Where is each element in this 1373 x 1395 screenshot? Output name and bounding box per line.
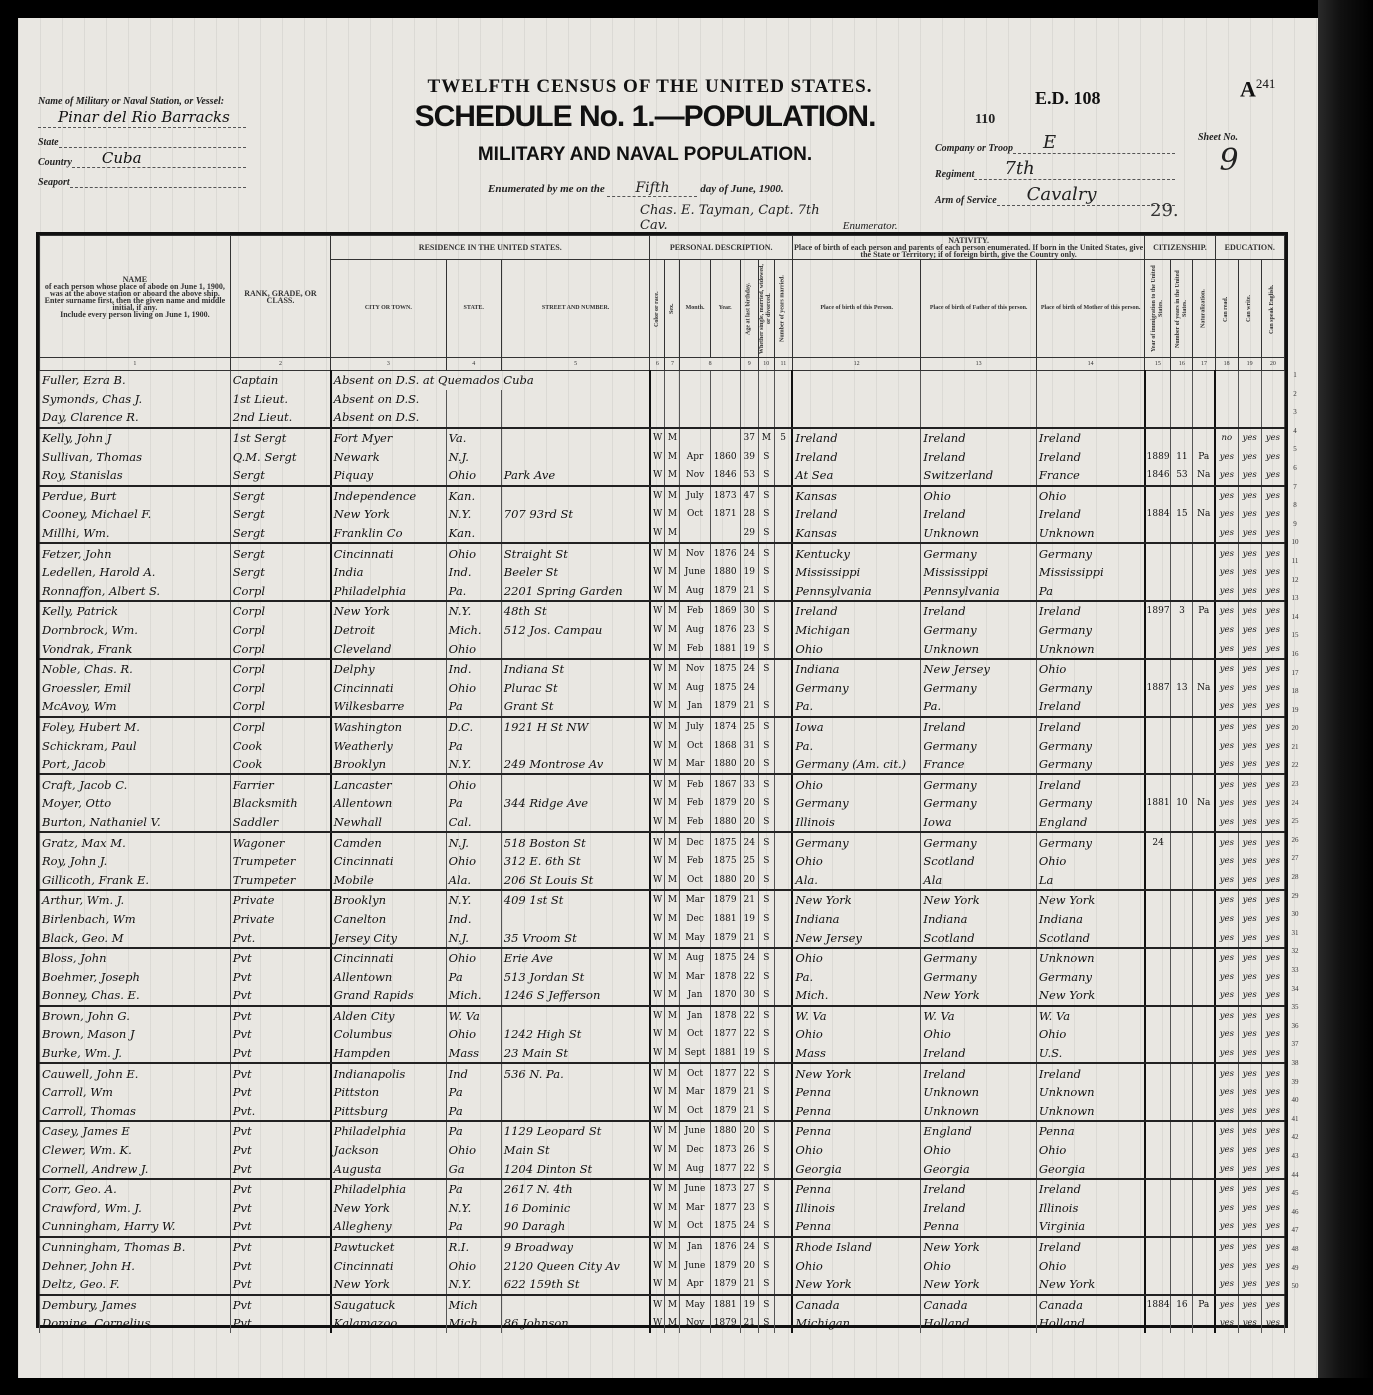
- rank-cell: Pvt.: [230, 1102, 330, 1122]
- age-cell: 21: [740, 1275, 758, 1295]
- age-cell: 20: [740, 870, 758, 890]
- street-cell: 86 Johnson: [501, 1314, 650, 1333]
- years-married-cell: [774, 679, 792, 698]
- state-cell: Ohio: [446, 543, 501, 563]
- birth-month-cell: Mar: [680, 1083, 710, 1102]
- birth-year-cell: 1875: [710, 948, 740, 968]
- color-cell: W: [650, 755, 665, 775]
- naturalization-cell: [1193, 774, 1215, 794]
- table-row: Sullivan, ThomasQ.M. SergtNewarkN.J.WMAp…: [40, 447, 1285, 466]
- can-write-cell: yes: [1238, 1044, 1261, 1064]
- birthplace-father-cell: Holland: [921, 1314, 1036, 1333]
- years-in-us-cell: [1171, 1102, 1193, 1122]
- table-row: Port, JacobCookBrooklynN.Y.249 Montrose …: [40, 755, 1285, 775]
- years-married-cell: [774, 967, 792, 986]
- years-in-us-cell: 11: [1171, 447, 1193, 466]
- can-speak-english-cell: yes: [1261, 1179, 1284, 1199]
- rank-cell: Trumpeter: [230, 870, 330, 890]
- sex-cell: M: [665, 967, 680, 986]
- state-value: [59, 147, 246, 148]
- header-year: Year.: [710, 260, 740, 358]
- country-value: Cuba: [72, 149, 246, 168]
- birth-year-cell: 1875: [710, 852, 740, 871]
- line-number: 38: [1288, 1054, 1302, 1073]
- street-cell: 344 Ridge Ave: [501, 794, 650, 813]
- state-cell: N.J.: [446, 447, 501, 466]
- immigration-year-cell: [1145, 1314, 1171, 1333]
- table-row: Dornbrock, Wm.CorplDetroitMich.512 Jos. …: [40, 621, 1285, 640]
- state-cell: Mass: [446, 1044, 501, 1064]
- birthplace-person-cell: Germany: [792, 679, 921, 698]
- color-cell: W: [650, 1083, 665, 1102]
- state-cell: Kan.: [446, 524, 501, 544]
- name-cell: Crawford, Wm. J.: [40, 1199, 231, 1218]
- sex-cell: M: [665, 601, 680, 621]
- birth-month-cell: Mar: [680, 890, 710, 910]
- can-write-cell: yes: [1238, 813, 1261, 833]
- street-cell: [501, 486, 650, 506]
- birthplace-father-cell: Ohio: [921, 486, 1036, 506]
- state-cell: [446, 408, 501, 428]
- city-cell: Brooklyn: [331, 755, 446, 775]
- state-cell: Ind.: [446, 659, 501, 679]
- naturalization-cell: [1193, 390, 1215, 409]
- birthplace-father-cell: [921, 408, 1036, 428]
- years-married-cell: [774, 813, 792, 833]
- name-cell: Casey, James E: [40, 1121, 231, 1141]
- birthplace-mother-cell: Ireland: [1036, 697, 1144, 717]
- ed-number: E.D. 108: [1035, 88, 1101, 109]
- street-cell: [501, 736, 650, 755]
- state-cell: [446, 390, 501, 409]
- immigration-year-cell: [1145, 524, 1171, 544]
- birth-month-cell: [680, 390, 710, 409]
- line-number: 15: [1288, 626, 1302, 645]
- immigration-year-cell: [1145, 659, 1171, 679]
- birthplace-person-cell: Mass: [792, 1044, 921, 1064]
- color-cell: W: [650, 524, 665, 544]
- column-number: 10: [758, 358, 774, 371]
- rank-cell: Corpl: [230, 679, 330, 698]
- sex-cell: M: [665, 1006, 680, 1026]
- age-cell: 19: [740, 639, 758, 659]
- can-speak-english-cell: yes: [1261, 697, 1284, 717]
- state-cell: Cal.: [446, 813, 501, 833]
- years-married-cell: [774, 486, 792, 506]
- birthplace-person-cell: Penna: [792, 1179, 921, 1199]
- rank-cell: Pvt: [230, 967, 330, 986]
- can-read-cell: yes: [1215, 1217, 1238, 1237]
- can-speak-english-cell: yes: [1261, 755, 1284, 775]
- immigration-year-cell: [1145, 1121, 1171, 1141]
- birth-year-cell: 1877: [710, 1025, 740, 1044]
- regiment-label: Regiment: [935, 169, 974, 180]
- naturalization-cell: [1193, 910, 1215, 929]
- rank-cell: Pvt.: [230, 928, 330, 948]
- birth-month-cell: Aug: [680, 679, 710, 698]
- years-married-cell: [774, 1121, 792, 1141]
- can-write-cell: yes: [1238, 1275, 1261, 1295]
- line-number: 28: [1288, 868, 1302, 887]
- can-write-cell: yes: [1238, 1256, 1261, 1275]
- name-cell: Sullivan, Thomas: [40, 447, 231, 466]
- line-number: 2: [1288, 385, 1302, 404]
- name-cell: Gratz, Max M.: [40, 832, 231, 852]
- can-speak-english-cell: yes: [1261, 1237, 1284, 1257]
- can-read-cell: yes: [1215, 505, 1238, 524]
- header-birth-mother: Place of birth of Mother of this person.: [1036, 260, 1144, 358]
- immigration-year-cell: [1145, 563, 1171, 582]
- line-number: 50: [1288, 1277, 1302, 1296]
- state-cell: N.Y.: [446, 601, 501, 621]
- marital-cell: S: [758, 774, 774, 794]
- can-speak-english-cell: yes: [1261, 1063, 1284, 1083]
- company-label: Company or Troop: [935, 143, 1013, 154]
- naturalization-cell: [1193, 486, 1215, 506]
- birthplace-mother-cell: Holland: [1036, 1314, 1144, 1333]
- street-cell: Indiana St: [501, 659, 650, 679]
- can-read-cell: yes: [1215, 582, 1238, 602]
- name-cell: Port, Jacob: [40, 755, 231, 775]
- rank-cell: Wagoner: [230, 832, 330, 852]
- rank-cell: Pvt: [230, 1314, 330, 1333]
- birthplace-father-cell: Ohio: [921, 1025, 1036, 1044]
- can-write-cell: yes: [1238, 870, 1261, 890]
- rank-cell: 1st Sergt: [230, 428, 330, 448]
- line-number: 9: [1288, 515, 1302, 534]
- column-number: 13: [921, 358, 1036, 371]
- immigration-year-cell: [1145, 1102, 1171, 1122]
- years-married-cell: [774, 755, 792, 775]
- marital-cell: S: [758, 1275, 774, 1295]
- line-number: 40: [1288, 1091, 1302, 1110]
- birth-month-cell: Nov: [680, 466, 710, 486]
- street-cell: 16 Dominic: [501, 1199, 650, 1218]
- years-in-us-cell: [1171, 524, 1193, 544]
- birthplace-person-cell: [792, 390, 921, 409]
- marital-cell: S: [758, 852, 774, 871]
- years-in-us-cell: [1171, 1314, 1193, 1333]
- age-cell: 28: [740, 505, 758, 524]
- rank-cell: Pvt: [230, 1237, 330, 1257]
- birthplace-person-cell: Germany: [792, 794, 921, 813]
- table-row: Craft, Jacob C.FarrierLancasterOhioWMFeb…: [40, 774, 1285, 794]
- name-header-note1: Enter surname first, then the given name…: [41, 297, 229, 311]
- birthplace-person-cell: Indiana: [792, 659, 921, 679]
- marital-cell: S: [758, 1063, 774, 1083]
- naturalization-cell: [1193, 1044, 1215, 1064]
- immigration-year-cell: [1145, 1044, 1171, 1064]
- street-cell: [501, 447, 650, 466]
- can-write-cell: yes: [1238, 621, 1261, 640]
- name-cell: Cooney, Michael F.: [40, 505, 231, 524]
- years-in-us-cell: [1171, 1217, 1193, 1237]
- city-cell: Absent on D.S.: [331, 408, 446, 428]
- color-cell: W: [650, 486, 665, 506]
- birth-year-cell: [710, 390, 740, 409]
- city-cell: Absent on D.S. at Quemados Cuba: [331, 371, 650, 390]
- rank-cell: Pvt: [230, 1217, 330, 1237]
- table-row: Carroll, WmPvtPittstonPaWMMar187921SPenn…: [40, 1083, 1285, 1102]
- name-cell: Ledellen, Harold A.: [40, 563, 231, 582]
- name-cell: Dembury, James: [40, 1295, 231, 1315]
- name-cell: Fetzer, John: [40, 543, 231, 563]
- can-write-cell: yes: [1238, 1083, 1261, 1102]
- corner-mark: A241: [1240, 76, 1275, 102]
- schedule-subtitle: MILITARY AND NAVAL POPULATION.: [450, 144, 840, 166]
- state-cell: Pa: [446, 1083, 501, 1102]
- birthplace-mother-cell: Ohio: [1036, 659, 1144, 679]
- color-cell: W: [650, 1063, 665, 1083]
- can-speak-english-cell: yes: [1261, 1083, 1284, 1102]
- years-in-us-cell: [1171, 697, 1193, 717]
- birthplace-father-cell: Georgia: [921, 1159, 1036, 1179]
- birth-month-cell: [680, 428, 710, 448]
- can-write-cell: yes: [1238, 639, 1261, 659]
- age-cell: 21: [740, 1083, 758, 1102]
- naturalization-cell: [1193, 870, 1215, 890]
- enumeration-date: Enumerated by me on the Fifth day of Jun…: [488, 180, 784, 197]
- immigration-year-cell: 1846: [1145, 466, 1171, 486]
- years-in-us-cell: [1171, 1199, 1193, 1218]
- birthplace-person-cell: Indiana: [792, 910, 921, 929]
- birth-year-cell: 1880: [710, 563, 740, 582]
- years-married-cell: [774, 1083, 792, 1102]
- table-row: Carroll, ThomasPvt.PittsburgPaWMOct18792…: [40, 1102, 1285, 1122]
- marital-cell: S: [758, 832, 774, 852]
- street-cell: Erie Ave: [501, 948, 650, 968]
- header-state: STATE.: [446, 260, 501, 358]
- color-cell: [650, 371, 665, 390]
- rank-cell: Corpl: [230, 717, 330, 737]
- sex-cell: M: [665, 1295, 680, 1315]
- marital-cell: S: [758, 639, 774, 659]
- birth-month-cell: June: [680, 1256, 710, 1275]
- naturalization-cell: [1193, 967, 1215, 986]
- color-cell: W: [650, 910, 665, 929]
- state-cell: Pa: [446, 1217, 501, 1237]
- birthplace-father-cell: Germany: [921, 948, 1036, 968]
- column-number: 6: [650, 358, 665, 371]
- rank-cell: Pvt: [230, 1121, 330, 1141]
- marital-cell: S: [758, 1141, 774, 1160]
- can-write-cell: yes: [1238, 1102, 1261, 1122]
- color-cell: W: [650, 1199, 665, 1218]
- naturalization-cell: [1193, 428, 1215, 448]
- years-in-us-cell: [1171, 1179, 1193, 1199]
- header-birth-person: Place of birth of this Person.: [792, 260, 921, 358]
- header-birth-father: Place of birth of Father of this person.: [921, 260, 1036, 358]
- birth-year-cell: 1878: [710, 1006, 740, 1026]
- street-cell: Main St: [501, 1141, 650, 1160]
- city-cell: Allentown: [331, 967, 446, 986]
- can-speak-english-cell: yes: [1261, 890, 1284, 910]
- birthplace-mother-cell: La: [1036, 870, 1144, 890]
- header-can-speak-english: Can speak English.: [1261, 260, 1284, 358]
- immigration-year-cell: [1145, 890, 1171, 910]
- birthplace-mother-cell: Indiana: [1036, 910, 1144, 929]
- years-in-us-cell: [1171, 659, 1193, 679]
- birthplace-mother-cell: Georgia: [1036, 1159, 1144, 1179]
- years-in-us-cell: [1171, 1044, 1193, 1064]
- street-cell: 35 Vroom St: [501, 928, 650, 948]
- age-cell: [740, 408, 758, 428]
- table-row: Brown, John G.PvtAlden CityW. VaWMJan187…: [40, 1006, 1285, 1026]
- table-row: Moyer, OttoBlacksmithAllentownPa344 Ridg…: [40, 794, 1285, 813]
- header-years-married: Number of years married.: [774, 260, 792, 358]
- years-married-cell: [774, 736, 792, 755]
- marital-cell: S: [758, 1159, 774, 1179]
- years-in-us-cell: [1171, 890, 1193, 910]
- can-speak-english-cell: yes: [1261, 1295, 1284, 1315]
- years-in-us-cell: [1171, 582, 1193, 602]
- name-cell: Cunningham, Harry W.: [40, 1217, 231, 1237]
- color-cell: W: [650, 1314, 665, 1333]
- state-cell: Ohio: [446, 679, 501, 698]
- street-cell: 90 Daragh: [501, 1217, 650, 1237]
- years-in-us-cell: [1171, 639, 1193, 659]
- sex-cell: M: [665, 1275, 680, 1295]
- birthplace-father-cell: England: [921, 1121, 1036, 1141]
- age-cell: 25: [740, 717, 758, 737]
- city-cell: Allegheny: [331, 1217, 446, 1237]
- can-read-cell: yes: [1215, 755, 1238, 775]
- table-row: Cooney, Michael F.SergtNew YorkN.Y.707 9…: [40, 505, 1285, 524]
- age-cell: 23: [740, 621, 758, 640]
- sex-cell: M: [665, 582, 680, 602]
- city-cell: Hampden: [331, 1044, 446, 1064]
- can-read-cell: yes: [1215, 679, 1238, 698]
- age-cell: 24: [740, 948, 758, 968]
- name-cell: Domine, Cornelius: [40, 1314, 231, 1333]
- state-cell: N.Y.: [446, 1199, 501, 1218]
- line-number: 31: [1288, 924, 1302, 943]
- column-number: 3: [331, 358, 446, 371]
- table-row: Noble, Chas. R.CorplDelphyInd.Indiana St…: [40, 659, 1285, 679]
- birthplace-person-cell: Ohio: [792, 774, 921, 794]
- birthplace-person-cell: Penna: [792, 1121, 921, 1141]
- color-cell: W: [650, 774, 665, 794]
- birth-month-cell: Oct: [680, 1063, 710, 1083]
- age-cell: 19: [740, 1295, 758, 1315]
- naturalization-cell: [1193, 1314, 1215, 1333]
- years-in-us-cell: [1171, 1141, 1193, 1160]
- age-cell: 29: [740, 524, 758, 544]
- birthplace-person-cell: Pa.: [792, 967, 921, 986]
- color-cell: W: [650, 621, 665, 640]
- header-naturalization: Naturalization.: [1193, 260, 1215, 358]
- color-cell: W: [650, 1217, 665, 1237]
- birthplace-father-cell: Germany: [921, 832, 1036, 852]
- birth-month-cell: [680, 524, 710, 544]
- city-cell: Augusta: [331, 1159, 446, 1179]
- table-row: Black, Geo. MPvt.Jersey CityN.J.35 Vroom…: [40, 928, 1285, 948]
- line-number: 25: [1288, 812, 1302, 831]
- street-cell: [501, 428, 650, 448]
- can-speak-english-cell: yes: [1261, 543, 1284, 563]
- birthplace-father-cell: Germany: [921, 774, 1036, 794]
- naturalization-cell: [1193, 582, 1215, 602]
- street-cell: [501, 813, 650, 833]
- birth-year-cell: 1871: [710, 505, 740, 524]
- can-read-cell: yes: [1215, 1141, 1238, 1160]
- street-cell: [501, 774, 650, 794]
- state-cell: Ohio: [446, 948, 501, 968]
- name-cell: Deltz, Geo. F.: [40, 1275, 231, 1295]
- years-in-us-cell: [1171, 967, 1193, 986]
- can-write-cell: yes: [1238, 774, 1261, 794]
- sex-cell: M: [665, 466, 680, 486]
- header-sex: Sex.: [665, 260, 680, 358]
- sex-cell: M: [665, 428, 680, 448]
- name-cell: Bonney, Chas. E.: [40, 986, 231, 1006]
- marital-cell: S: [758, 1256, 774, 1275]
- street-cell: 707 93rd St: [501, 505, 650, 524]
- marital-cell: S: [758, 601, 774, 621]
- city-cell: Fort Myer: [331, 428, 446, 448]
- birthplace-father-cell: Ireland: [921, 1063, 1036, 1083]
- color-cell: W: [650, 794, 665, 813]
- years-married-cell: [774, 1179, 792, 1199]
- naturalization-cell: Na: [1193, 466, 1215, 486]
- header-city: CITY OR TOWN.: [331, 260, 446, 358]
- street-cell: [501, 1102, 650, 1122]
- immigration-year-cell: [1145, 1063, 1171, 1083]
- naturalization-cell: Na: [1193, 505, 1215, 524]
- can-read-cell: yes: [1215, 1083, 1238, 1102]
- birthplace-father-cell: New York: [921, 890, 1036, 910]
- birthplace-person-cell: Canada: [792, 1295, 921, 1315]
- immigration-year-cell: [1145, 697, 1171, 717]
- side-mark: 29.: [1150, 200, 1179, 221]
- marital-cell: S: [758, 524, 774, 544]
- years-married-cell: [774, 1006, 792, 1026]
- can-write-cell: yes: [1238, 1314, 1261, 1333]
- birthplace-father-cell: Ireland: [921, 1179, 1036, 1199]
- years-married-cell: [774, 447, 792, 466]
- marital-cell: [758, 371, 774, 390]
- can-speak-english-cell: yes: [1261, 986, 1284, 1006]
- age-cell: 22: [740, 1159, 758, 1179]
- can-speak-english-cell: yes: [1261, 852, 1284, 871]
- name-cell: Cauwell, John E.: [40, 1063, 231, 1083]
- name-cell: Corr, Geo. A.: [40, 1179, 231, 1199]
- years-married-cell: [774, 794, 792, 813]
- birth-month-cell: Sept: [680, 1044, 710, 1064]
- birthplace-father-cell: Unknown: [921, 1083, 1036, 1102]
- years-married-cell: [774, 948, 792, 968]
- table-row: Dembury, JamesPvtSaugatuckMichWMMay18811…: [40, 1295, 1285, 1315]
- color-cell: W: [650, 1256, 665, 1275]
- age-cell: 24: [740, 1237, 758, 1257]
- corner-letter: A: [1240, 76, 1256, 101]
- city-cell: Pittston: [331, 1083, 446, 1102]
- can-write-cell: [1238, 390, 1261, 409]
- can-read-cell: yes: [1215, 967, 1238, 986]
- birth-month-cell: Aug: [680, 621, 710, 640]
- can-read-cell: yes: [1215, 486, 1238, 506]
- can-read-cell: yes: [1215, 948, 1238, 968]
- color-cell: W: [650, 697, 665, 717]
- can-read-cell: yes: [1215, 621, 1238, 640]
- years-in-us-cell: [1171, 543, 1193, 563]
- name-cell: Roy, John J.: [40, 852, 231, 871]
- age-cell: 47: [740, 486, 758, 506]
- state-cell: W. Va: [446, 1006, 501, 1026]
- can-read-cell: yes: [1215, 1199, 1238, 1218]
- color-cell: W: [650, 1044, 665, 1064]
- line-number: 18: [1288, 682, 1302, 701]
